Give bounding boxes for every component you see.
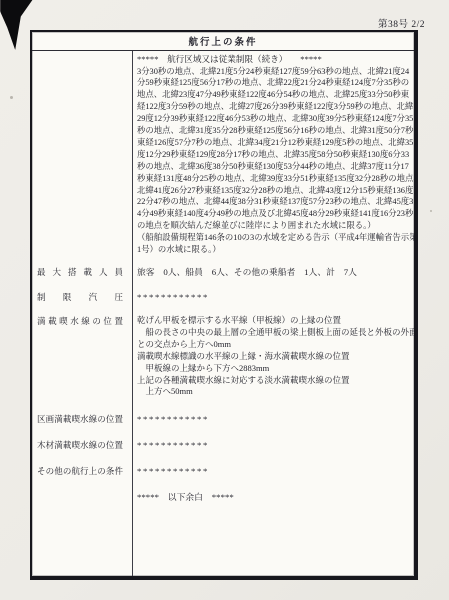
coordinate-paragraph: 3分30秒の地点、北緯21度5分24秒東経127度59分63秒の地点、北緯21度… xyxy=(137,66,411,257)
row-value: ************ xyxy=(132,291,414,303)
row-max-persons: 最大搭載人員 旅客 0人、船員 6人、その他の乗船者 1人、計 7人 xyxy=(32,266,414,280)
load-line-detail: 乾げん甲板を標示する水平線（甲板線）の上縁の位置 船の長さの中央の最上層の全通甲… xyxy=(137,315,411,398)
row-value: ************ xyxy=(132,413,414,425)
text-line: 経122度3分59秒の地点、北緯27度26分39秒東経122度3分59秒の地点、… xyxy=(137,101,411,113)
row-value-cell: ***** 航行区域又は従業制限（続き） ***** 3分30秒の地点、北緯21… xyxy=(132,51,414,256)
text-line: 船の長さの中央の最上層の全通甲板の梁上側板上面の延長と外板の外面 xyxy=(137,327,411,339)
text-line: （船舶設備規程第146条の10の3の水域を定める告示（平成4年運輸省告示第5 xyxy=(137,232,411,244)
row-label-cell: 木材満載喫水線の位置 xyxy=(32,439,132,453)
table-title: 航行上の条件 xyxy=(32,32,414,51)
row-remainder-blank: ***** 以下余白 ***** xyxy=(32,491,414,503)
row-label-cell: 制限汽圧 xyxy=(32,291,132,305)
conditions-table: 航行上の条件 ***** 航行区域又は従業制限（続き） ***** 3分30秒の… xyxy=(30,30,418,580)
text-line: 甲板線の上縁から下方へ2883mm xyxy=(137,363,411,375)
text-line: 3分30秒の地点、北緯21度5分24秒東経127度59分63秒の地点、北緯21度… xyxy=(137,66,411,78)
row-label: 最大搭載人員 xyxy=(37,266,123,278)
text-line: 1号）の水域に限る。） xyxy=(137,244,411,256)
row-label-cell: 満載喫水線の位置 xyxy=(32,315,132,329)
row-subdivision-load-line: 区画満載喫水線の位置 ************ xyxy=(32,413,414,427)
text-line: 秒東経131度48分25秒の地点、北緯39度33分51秒東経135度32分28秒… xyxy=(137,173,411,185)
text-line: 上記の各種満載喫水線に対応する淡水満載喫水線の位置 xyxy=(137,375,411,387)
row-label: 制限汽圧 xyxy=(37,291,123,303)
document-number: 第38号 2/2 xyxy=(378,16,425,30)
remainder-blank-note: ***** 以下余白 ***** xyxy=(132,491,414,503)
row-navigation-area: ***** 航行区域又は従業制限（続き） ***** 3分30秒の地点、北緯21… xyxy=(32,51,414,256)
text-line: との交点から上方へ0mm xyxy=(137,339,411,351)
row-label: 満載喫水線の位置 xyxy=(37,315,123,327)
row-label-cell: その他の航行上の条件 xyxy=(32,465,132,479)
text-line: 秒の地点、北緯36度38分50秒東経130度53分44秒の地点、北緯37度11分… xyxy=(137,161,411,173)
row-load-line-position: 満載喫水線の位置 乾げん甲板を標示する水平線（甲板線）の上縁の位置 船の長さの中… xyxy=(32,315,414,398)
text-line: 29度12分39秒東経122度46分53秒の地点、北緯30度39分5秒東経124… xyxy=(137,113,411,125)
row-label-cell: 区画満載喫水線の位置 xyxy=(32,413,132,427)
section-heading: ***** 航行区域又は従業制限（続き） ***** xyxy=(137,51,411,66)
scan-noise-dot xyxy=(430,210,432,212)
scan-noise-dot xyxy=(10,96,13,99)
row-value: ************ xyxy=(132,439,414,451)
text-line: 上方へ50mm xyxy=(137,386,411,398)
text-line: 4分49秒東経140度4分49秒の地点及び北緯45度48分29秒東経141度16… xyxy=(137,208,411,220)
row-label: 区画満載喫水線の位置 xyxy=(37,413,123,425)
row-timber-load-line: 木材満載喫水線の位置 ************ xyxy=(32,439,414,453)
text-line: 地点、北緯23度47分49秒東経122度46分54秒の地点、北緯25度33分50… xyxy=(137,89,411,101)
table-body: ***** 航行区域又は従業制限（続き） ***** 3分30秒の地点、北緯21… xyxy=(32,51,414,576)
row-other-conditions: その他の航行上の条件 ************ xyxy=(32,465,414,479)
text-line: の地点を順次結んだ線並びに陸岸により囲まれた水域に限る。） xyxy=(137,220,411,232)
row-value: ************ xyxy=(132,465,414,477)
row-label: その他の航行上の条件 xyxy=(37,465,123,477)
row-pressure-limit: 制限汽圧 ************ xyxy=(32,291,414,305)
text-line: 秒の地点、北緯31度35分28秒東経125度56分16秒の地点、北緯31度50分… xyxy=(137,125,411,137)
row-value: 旅客 0人、船員 6人、その他の乗船者 1人、計 7人 xyxy=(132,266,414,278)
column-divider-line xyxy=(132,51,133,576)
row-label-cell: 最大搭載人員 xyxy=(32,266,132,280)
text-line: 東経126度57分7秒の地点、北緯34度21分12秒東経129度5秒の地点、北緯… xyxy=(137,137,411,149)
row-label: 木材満載喫水線の位置 xyxy=(37,439,123,451)
text-line: 北緯41度26分27秒東経135度32分28秒の地点、北緯43度12分15秒東経… xyxy=(137,185,411,197)
row-value: 乾げん甲板を標示する水平線（甲板線）の上縁の位置 船の長さの中央の最上層の全通甲… xyxy=(132,315,414,398)
text-line: 満載喫水線標識の水平線の上縁・海水満載喫水線の位置 xyxy=(137,351,411,363)
text-line: 乾げん甲板を標示する水平線（甲板線）の上縁の位置 xyxy=(137,315,411,327)
text-line: 度12分29秒東経129度28分17秒の地点、北緯35度58分50秒東経130度… xyxy=(137,149,411,161)
text-line: 22分47秒の地点、北緯44度38分31秒東経137度57分23秒の地点、北緯4… xyxy=(137,196,411,208)
text-line: 分59秒東経125度56分17秒の地点、北緯22度21分24秒東経124度7分3… xyxy=(137,77,411,89)
scanned-document-page: 第38号 2/2 航行上の条件 ***** 航行区域又は従業制限（続き） ***… xyxy=(0,0,449,600)
